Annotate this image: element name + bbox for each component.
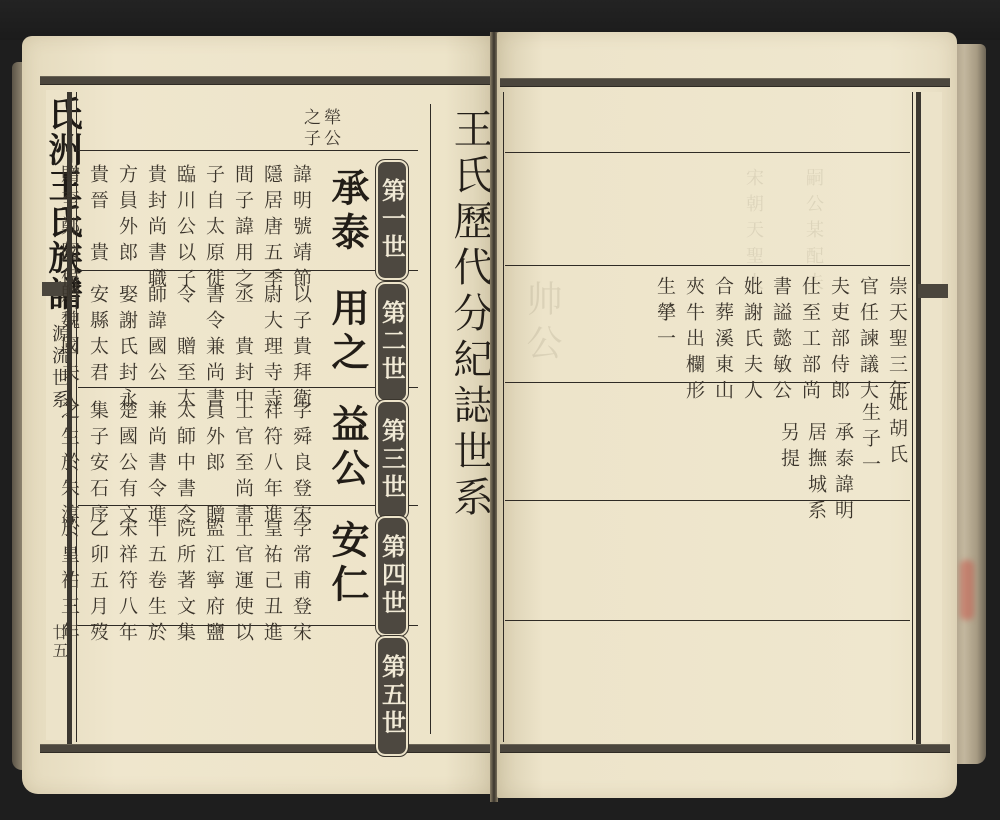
generation-name-3: 益公 [320, 404, 375, 492]
bio-column: 書令兼尚書 [204, 284, 223, 414]
generation-name-1: 承泰 [320, 168, 375, 256]
bio-column: 子自太原徙 [204, 164, 223, 294]
bio-column: 妣胡氏 [887, 392, 906, 526]
bio-column: 諱明號靖節 [291, 164, 310, 294]
bio-column: 隱居唐五季 [262, 164, 281, 294]
bio-column: 生子一 [655, 276, 674, 406]
generation-badge-2: 第二世 [376, 282, 408, 402]
bio-column: 另提 [779, 422, 798, 526]
left-bottom-border [40, 744, 490, 753]
child-name: 犖 [652, 302, 679, 325]
right-entry-row-3: 妣胡氏 生子一 承泰諱明 居撫城系 另提 [776, 392, 906, 526]
bio-column: 娶謝氏封永 [117, 284, 136, 414]
bio-column: 於皇祐三年 [59, 518, 78, 648]
bio-column: 宋祥符八年 [117, 518, 136, 648]
bio-column: 皇祐己丑進 [262, 518, 281, 648]
right-inner-border [912, 92, 913, 740]
bio-column: 乙卯五月歿 [88, 518, 107, 648]
generation-bio-3: 字舜良登宋 祥符八年進 士官至尚書 員外郎𥶰贈 太師中書令 兼尚書令進 楚國公有… [84, 400, 310, 530]
bio-column: 士官至尚書 [233, 400, 252, 530]
bio-column: 兼尚書令進 [146, 400, 165, 530]
bio-column: 贈至鄭國侯 [59, 164, 78, 294]
top-note-line-2: 之子 [298, 108, 323, 150]
bio-column: 承泰諱明 [833, 422, 852, 526]
left-top-border [40, 76, 490, 85]
bio-column: 崇天聖三年 [887, 276, 906, 406]
bio-column: 居撫城系 [806, 422, 825, 526]
bio-column: 十五卷生於 [146, 518, 165, 648]
generation-name-2: 用之 [320, 288, 375, 376]
bio-column: 生子一 [860, 402, 879, 526]
generation-badge-3: 第三世 [376, 400, 408, 520]
bio-column: 集子安石序 [88, 400, 107, 530]
bio-column: 合葬溪東山 [713, 276, 732, 406]
bio-column: 官任諫議大 [858, 276, 877, 406]
bio-column: 監江寧府鹽 [204, 518, 223, 648]
bio-column: 員外郎𥶰贈 [204, 400, 223, 530]
generation-bio-4: 字常甫登宋 皇祐己丑進 士官運使以 監江寧府鹽 院所著文集 十五卷生於 宋祥符八… [84, 518, 310, 648]
generation-bio-1: 諱明號靖節 隱居唐五季 間子諱用之 子自太原徙 臨川公以子 貴封尚書職 方員外郎… [84, 164, 310, 294]
generation-bio-2: 以子貴拜衛 尉大理寺寺 丞𥶰貴封中 書令兼尚書 令𥶰贈至太 師諱國公 娶謝氏封永… [84, 284, 310, 414]
right-row-line-1 [505, 152, 910, 153]
bio-column: 贈魏國夫人 [59, 284, 78, 414]
right-row-line-5 [505, 620, 910, 621]
bio-column: 臨川公以子 [175, 164, 194, 294]
bio-column: 貴晉𥶰貴𥶰 [88, 164, 107, 294]
right-bottom-border [500, 744, 950, 753]
right-entry-row-2: 崇天聖三年 官任諫議大 夫吏部侍郎 仕至工部尚 書謚懿敏公 妣謝氏夫人 合葬溪東… [676, 276, 906, 406]
bio-column: 貴封尚書職 [146, 164, 165, 294]
generation-name-4: 安仁 [320, 520, 375, 608]
generation-badge-4: 第四世 [376, 516, 408, 636]
bio-column: 間子諱用之 [233, 164, 252, 294]
right-top-border [500, 78, 950, 87]
right-row-line-2 [505, 265, 910, 266]
bio-column: 方員外郎𥶰 [117, 164, 136, 294]
bio-column: 祥符八年進 [262, 400, 281, 530]
right-spine-fishtail [918, 284, 948, 298]
bio-column: 之生於朱淳 [59, 400, 78, 530]
bio-column: 令𥶰贈至太 [175, 284, 194, 414]
right-left-border [503, 92, 504, 742]
bio-column: 字常甫登宋 [291, 518, 310, 648]
generation-badge-5: 第五世 [376, 636, 408, 756]
generation-badge-1: 第一世 [376, 160, 408, 280]
heading-divider [430, 104, 431, 734]
red-stain [960, 560, 974, 620]
bio-column: 太師中書令 [175, 400, 194, 530]
bio-column: 以子貴拜衛 [291, 284, 310, 414]
bio-column: 丞𥶰貴封中 [233, 284, 252, 414]
bleed-through-text: 帅公 [516, 280, 567, 368]
bio-column: 夾牛出欄形 [684, 276, 703, 406]
book-spread: 氏洲王氏族譜 源流世系 廿五 王氏歷代分紀誌世系 犖公 之子 第一世 承泰 諱明… [0, 0, 1000, 820]
bio-column: 妣謝氏夫人 [742, 276, 761, 406]
bio-column: 師諱國公 [146, 284, 165, 414]
bio-column: 士官運使以 [233, 518, 252, 648]
right-spine-title: 𠆧沙王氏族譜 [918, 94, 953, 286]
row-line-1 [78, 150, 418, 151]
bio-column: 字舜良登宋 [291, 400, 310, 530]
bio-column: 書謚懿敏公 [771, 276, 790, 406]
bio-column: 楚國公有文 [117, 400, 136, 530]
bio-column: 夫吏部侍郎 [829, 276, 848, 406]
bio-column: 尉大理寺寺 [262, 284, 281, 414]
bio-column: 安縣太君𥶰 [88, 284, 107, 414]
bio-column: 院所著文集 [175, 518, 194, 648]
bio-column: 仕至工部尚 [800, 276, 819, 406]
